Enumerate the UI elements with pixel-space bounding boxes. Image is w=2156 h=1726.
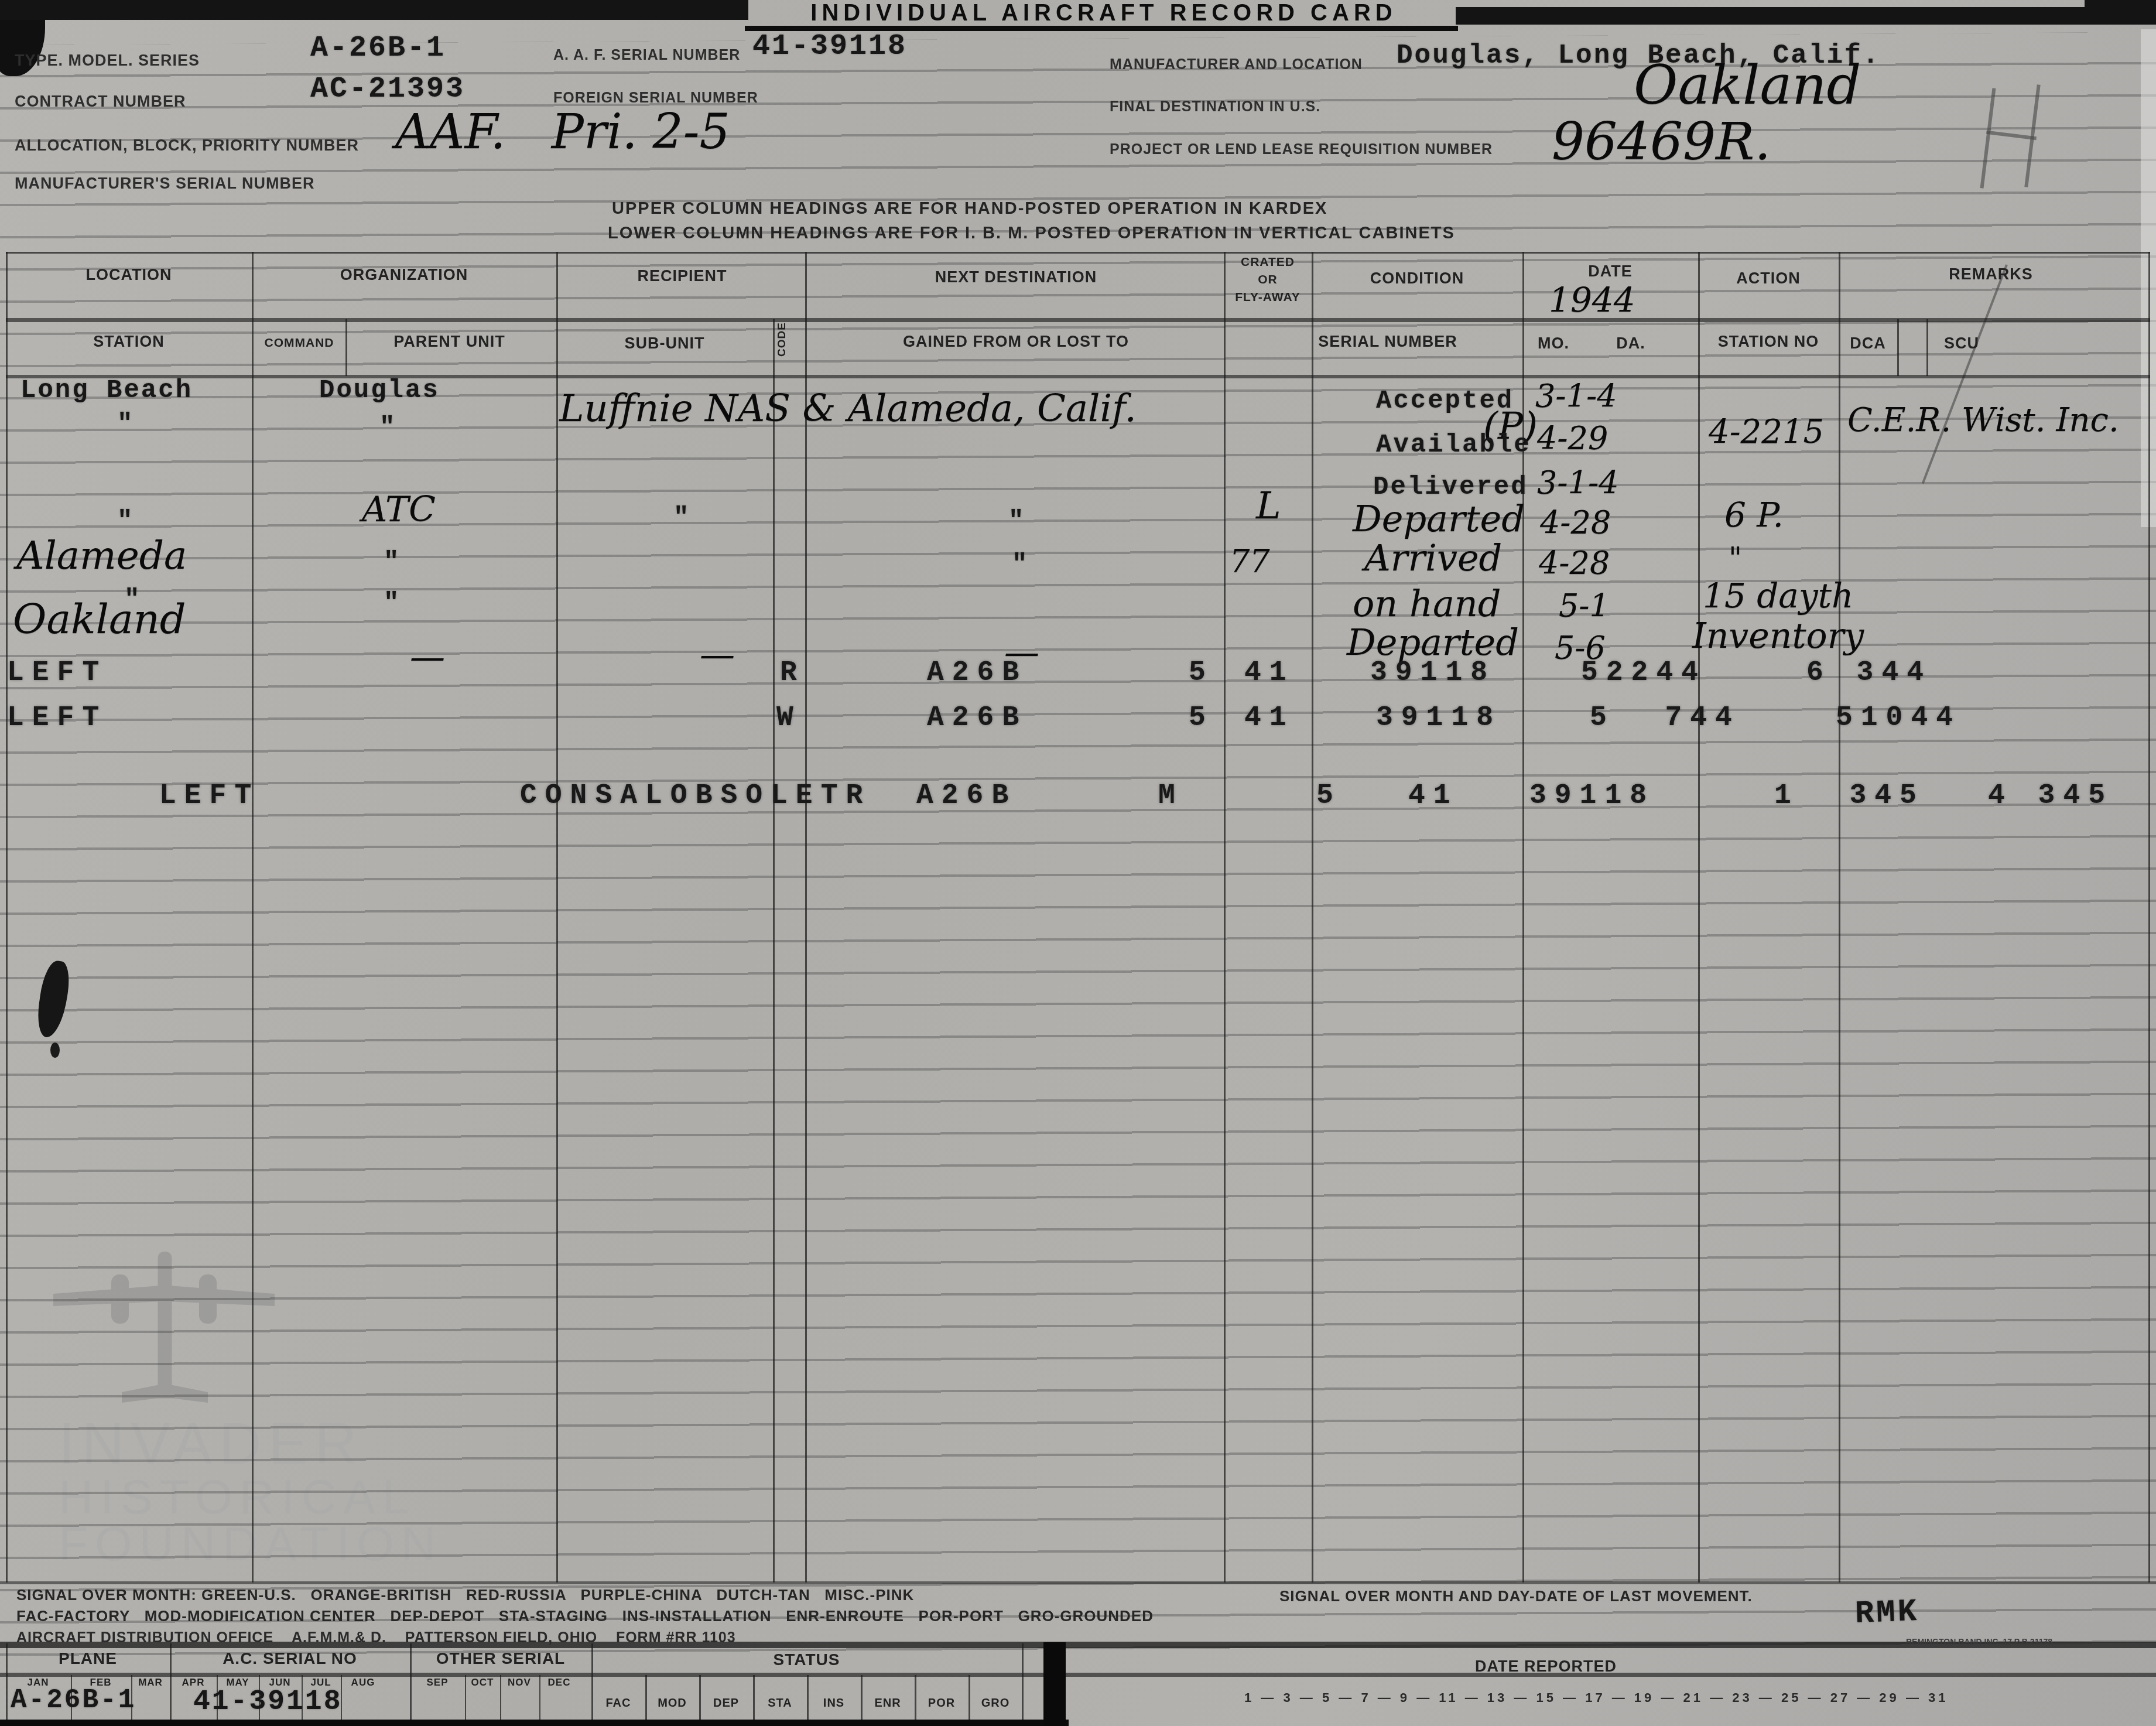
col-header-dca: DCA [1842, 336, 1894, 351]
grid-line [807, 1675, 809, 1726]
grid-line [1224, 252, 1226, 1583]
ibm-rowC-left: LEFT [159, 782, 259, 810]
field-type-model-series-label: TYPE. MODEL. SERIES [15, 53, 200, 69]
row4-date: 3-1-4 [1537, 467, 1619, 499]
row5-recipient-ditto: " [673, 505, 690, 531]
ibm-rowA-serial: 39118 [1370, 659, 1495, 687]
field-contract-value: AC-21393 [310, 75, 465, 104]
status-code-dep: DEP [703, 1697, 750, 1709]
ibm-rowC-v2: 41 [1408, 782, 1459, 810]
grid-line [1312, 252, 1313, 1583]
row5-station-no: 6 P. [1724, 498, 1784, 532]
col-header-organization: ORGANIZATION [263, 267, 545, 283]
status-code-ins: INS [810, 1697, 857, 1709]
other-serial-box-label: OTHER SERIAL [416, 1650, 586, 1667]
row6-organization-ditto: " [384, 549, 401, 575]
col-header-crated-line1: CRATED [1227, 256, 1309, 268]
grid-line [753, 1675, 755, 1726]
grid-line [252, 252, 254, 1583]
grid-line [6, 318, 2150, 322]
status-code-sta: STA [757, 1697, 803, 1709]
status-code-gro: GRO [972, 1697, 1019, 1709]
watermark-text-line2: HISTORICAL [59, 1474, 416, 1522]
rmk-stamp: RMK [1854, 1597, 1919, 1631]
ibm-rowB-v3: 5 744 [1590, 704, 1740, 732]
ibm-rowC-m: M [1158, 782, 1183, 810]
legend-codes: FAC-FACTORY MOD-MODIFICATION CENTER DEP-… [16, 1608, 1154, 1624]
ibm-rowA-v2: 41 [1244, 659, 1295, 687]
ibm-rowC-v1: 5 [1316, 782, 1341, 810]
grid-line [6, 1643, 8, 1726]
grid-line [0, 1581, 2156, 1584]
grid-line [699, 1675, 701, 1726]
ink-blot [35, 959, 72, 1039]
grid-line [556, 252, 558, 1583]
ibm-rowC-v3: 1 345 [1774, 782, 1925, 810]
printer-fine-print: REMINGTON RAND INC. 17 P B 21178 [1906, 1638, 2052, 1646]
legend-signal-colors: SIGNAL OVER MONTH: GREEN-U.S. ORANGE-BRI… [16, 1587, 914, 1602]
ibm-rowC-v4: 4 345 [1988, 782, 2113, 810]
col-header-parent-unit: PARENT UNIT [345, 334, 553, 350]
grid-line [2148, 252, 2150, 1583]
grid-line [0, 1720, 1069, 1726]
field-allocation-value: AAF. Pri. 2-5 [395, 108, 730, 156]
col-header-date: DATE [1528, 264, 1692, 279]
instruction-line-1: UPPER COLUMN HEADINGS ARE FOR HAND-POSTE… [612, 200, 1327, 217]
field-manufacturer-label: MANUFACTURER AND LOCATION [1110, 57, 1363, 72]
col-header-crated-line2: OR [1227, 274, 1309, 286]
grid-line [591, 1643, 593, 1726]
row8-condition: Departed [1347, 624, 1519, 661]
col-header-year: 1944 [1549, 283, 1635, 317]
field-mfr-serial-label: MANUFACTURER'S SERIAL NUMBER [15, 176, 314, 192]
row2-location-ditto: " [117, 411, 134, 437]
grid-line [969, 1675, 970, 1726]
row1-location: Long Beach [20, 378, 193, 404]
col-header-remarks: REMARKS [1874, 266, 2108, 282]
row8-location: Oakland [13, 599, 186, 640]
grid-line [0, 1673, 2156, 1677]
grid-line [1897, 319, 1899, 376]
row5-location-ditto: " [117, 508, 134, 534]
col-header-code: CODE [776, 322, 788, 357]
ibm-rowA-v4: 6 344 [1806, 659, 1932, 687]
row6-condition: Arrived [1364, 540, 1502, 576]
row7-date: 5-1 [1559, 590, 1610, 622]
row8-dash-parent: — [410, 640, 445, 675]
col-header-next-destination: NEXT DESTINATION [817, 269, 1215, 285]
ibm-rowA-code: R [780, 659, 805, 687]
field-foreign-serial-label: FOREIGN SERIAL NUMBER [553, 91, 758, 105]
row7-organization-ditto: " [384, 590, 401, 616]
ibm-rowA-v1: 5 [1189, 659, 1214, 687]
field-aaf-serial-value: 41-39118 [752, 32, 907, 61]
watermark-text-line3: FOUNDATION [59, 1520, 443, 1568]
ibm-rowB-model: A26B [927, 704, 1027, 732]
watermark-text-line1: INVADER [59, 1414, 364, 1473]
status-code-por: POR [918, 1697, 965, 1709]
grid-line [1022, 1643, 1024, 1726]
row2-organization-ditto: " [379, 415, 396, 440]
grid-line [861, 1675, 863, 1726]
month-nov: NOV [499, 1677, 540, 1687]
date-reported-label: DATE REPORTED [1452, 1659, 1640, 1674]
row6-location: Alameda [16, 536, 187, 575]
row8-dash-subunit: — [700, 637, 735, 672]
grid-line [6, 252, 2150, 254]
ibm-rowC-text: CONSALOBSOLETR [520, 782, 871, 810]
ibm-rowB-serial: 39118 [1376, 704, 1501, 732]
pencil-mark-h-stroke [1980, 88, 1996, 188]
pencil-mark-h-stroke [1986, 131, 2037, 140]
col-header-station: STATION [23, 334, 234, 350]
month-sep: SEP [417, 1677, 458, 1687]
row4-condition: Delivered [1373, 474, 1528, 500]
field-aaf-serial-label: A. A. F. SERIAL NUMBER [553, 48, 740, 63]
row2-recipient-destination: Luffnie NAS & Alameda, Calif. [559, 390, 1137, 428]
plane-box-label: PLANE [12, 1650, 164, 1667]
grid-line [6, 252, 8, 1583]
grid-line [645, 1675, 647, 1726]
ibm-rowB-left: LEFT [7, 704, 107, 732]
ibm-rowA-left: LEFT [7, 659, 107, 687]
status-code-enr: ENR [864, 1697, 911, 1709]
ink-blot [50, 1043, 60, 1058]
ibm-rowA-v3: 52244 [1581, 659, 1706, 687]
ibm-rowC-model: A26B [916, 782, 1017, 810]
field-type-model-series-value: A-26B-1 [310, 34, 446, 63]
col-header-gained-lost: GAINED FROM OR LOST TO [817, 334, 1215, 350]
scan-artifact [0, 0, 748, 20]
scan-artifact [1456, 7, 2156, 25]
row5-condition: Departed [1353, 501, 1525, 537]
plane-box-value: A-26B-1 [11, 1687, 136, 1714]
row3-date: 4-29 [1537, 423, 1608, 454]
status-box-label: STATUS [597, 1652, 1016, 1668]
grid-line [1698, 252, 1700, 1583]
ac-serial-box-value: 41-39118 [193, 1688, 342, 1716]
ibm-rowC-serial: 39118 [1529, 782, 1655, 810]
row5-organization: ATC [362, 492, 436, 527]
row5-destination-ditto: " [1008, 508, 1025, 534]
legend-signal-day: SIGNAL OVER MONTH AND DAY-DATE OF LAST M… [1279, 1588, 1753, 1604]
row6-date: 4-28 [1539, 548, 1610, 579]
ibm-rowB-code: W [776, 704, 802, 732]
row7-condition: on hand [1353, 586, 1501, 622]
col-header-sub-unit: SUB-UNIT [559, 336, 770, 351]
row7-station-no: 15 dayth [1703, 579, 1853, 613]
month-dec: DEC [539, 1677, 580, 1687]
watermark-plane-icon [50, 1246, 278, 1422]
col-header-da: DA. [1604, 336, 1657, 351]
col-header-command: COMMAND [256, 337, 343, 349]
ibm-rowB-v1: 5 [1189, 704, 1214, 732]
col-header-crated-line3: FLY-AWAY [1227, 291, 1309, 303]
aircraft-record-card: INVADER HISTORICAL FOUNDATION INDIVIDUAL… [0, 0, 2156, 1726]
row1-organization: Douglas [319, 378, 440, 404]
field-project-value: 96469R. [1552, 116, 1771, 168]
row5-date: 4-28 [1540, 507, 1611, 539]
field-allocation-label: ALLOCATION, BLOCK, PRIORITY NUMBER [15, 138, 359, 153]
ibm-rowB-v2: 41 [1244, 704, 1295, 732]
col-header-action: ACTION [1704, 271, 1833, 286]
row4-crated: L [1256, 487, 1281, 525]
row6-station-no-ditto: " [1729, 544, 1742, 573]
row3-station-no: 4-2215 [1709, 416, 1824, 449]
row2-date: 3-1-4 [1535, 381, 1617, 412]
row3-condition: Available [1376, 432, 1531, 458]
col-header-location: LOCATION [23, 267, 234, 283]
pencil-slash [1922, 264, 2008, 484]
field-final-destination-value: Oakland [1634, 59, 1861, 112]
month-mar: MAR [130, 1677, 171, 1687]
date-reported-days: 1 — 3 — 5 — 7 — 9 — 11 — 13 — 15 — 17 — … [1244, 1691, 1949, 1704]
status-code-mod: MOD [649, 1697, 696, 1709]
scan-artifact [2085, 0, 2156, 16]
row3-remarks: C.E.R. Wist. Inc. [1847, 404, 2119, 437]
status-code-fac: FAC [595, 1697, 642, 1709]
col-header-station-no: STATION NO [1701, 334, 1836, 350]
grid-line [805, 252, 807, 1583]
grid-line [915, 1675, 916, 1726]
field-final-destination-label: FINAL DESTINATION IN U.S. [1110, 100, 1320, 114]
col-header-scu: SCU [1929, 336, 1994, 351]
row6-crated: 77 [1230, 546, 1270, 577]
grid-line [773, 319, 775, 1583]
grid-line [1926, 319, 1928, 376]
page-title: INDIVIDUAL AIRCRAFT RECORD CARD [750, 1, 1458, 25]
col-header-recipient: RECIPIENT [568, 268, 796, 284]
ibm-rowA-model: A26B [927, 659, 1027, 687]
row8-station-no: Inventory [1692, 618, 1864, 654]
legend-office: AIRCRAFT DISTRIBUTION OFFICE A.F.M.M.& D… [16, 1631, 736, 1645]
grid-line [1839, 252, 1840, 1583]
row6-destination-ditto: " [1012, 552, 1029, 577]
instruction-line-2: LOWER COLUMN HEADINGS ARE FOR I. B. M. P… [608, 225, 1455, 242]
ac-serial-box-label: A.C. SERIAL NO [176, 1650, 404, 1667]
month-oct: OCT [462, 1677, 503, 1687]
field-project-label: PROJECT OR LEND LEASE REQUISITION NUMBER [1110, 142, 1493, 157]
col-header-condition: CONDITION [1317, 271, 1517, 286]
ibm-rowB-v4: 51044 [1836, 704, 1961, 732]
col-header-serial-number: SERIAL NUMBER [1259, 334, 1517, 350]
grid-line [410, 1643, 412, 1726]
field-contract-label: CONTRACT NUMBER [15, 94, 186, 110]
col-header-mo: MO. [1527, 336, 1580, 351]
month-aug: AUG [343, 1677, 384, 1687]
grid-line [1043, 1642, 1066, 1726]
